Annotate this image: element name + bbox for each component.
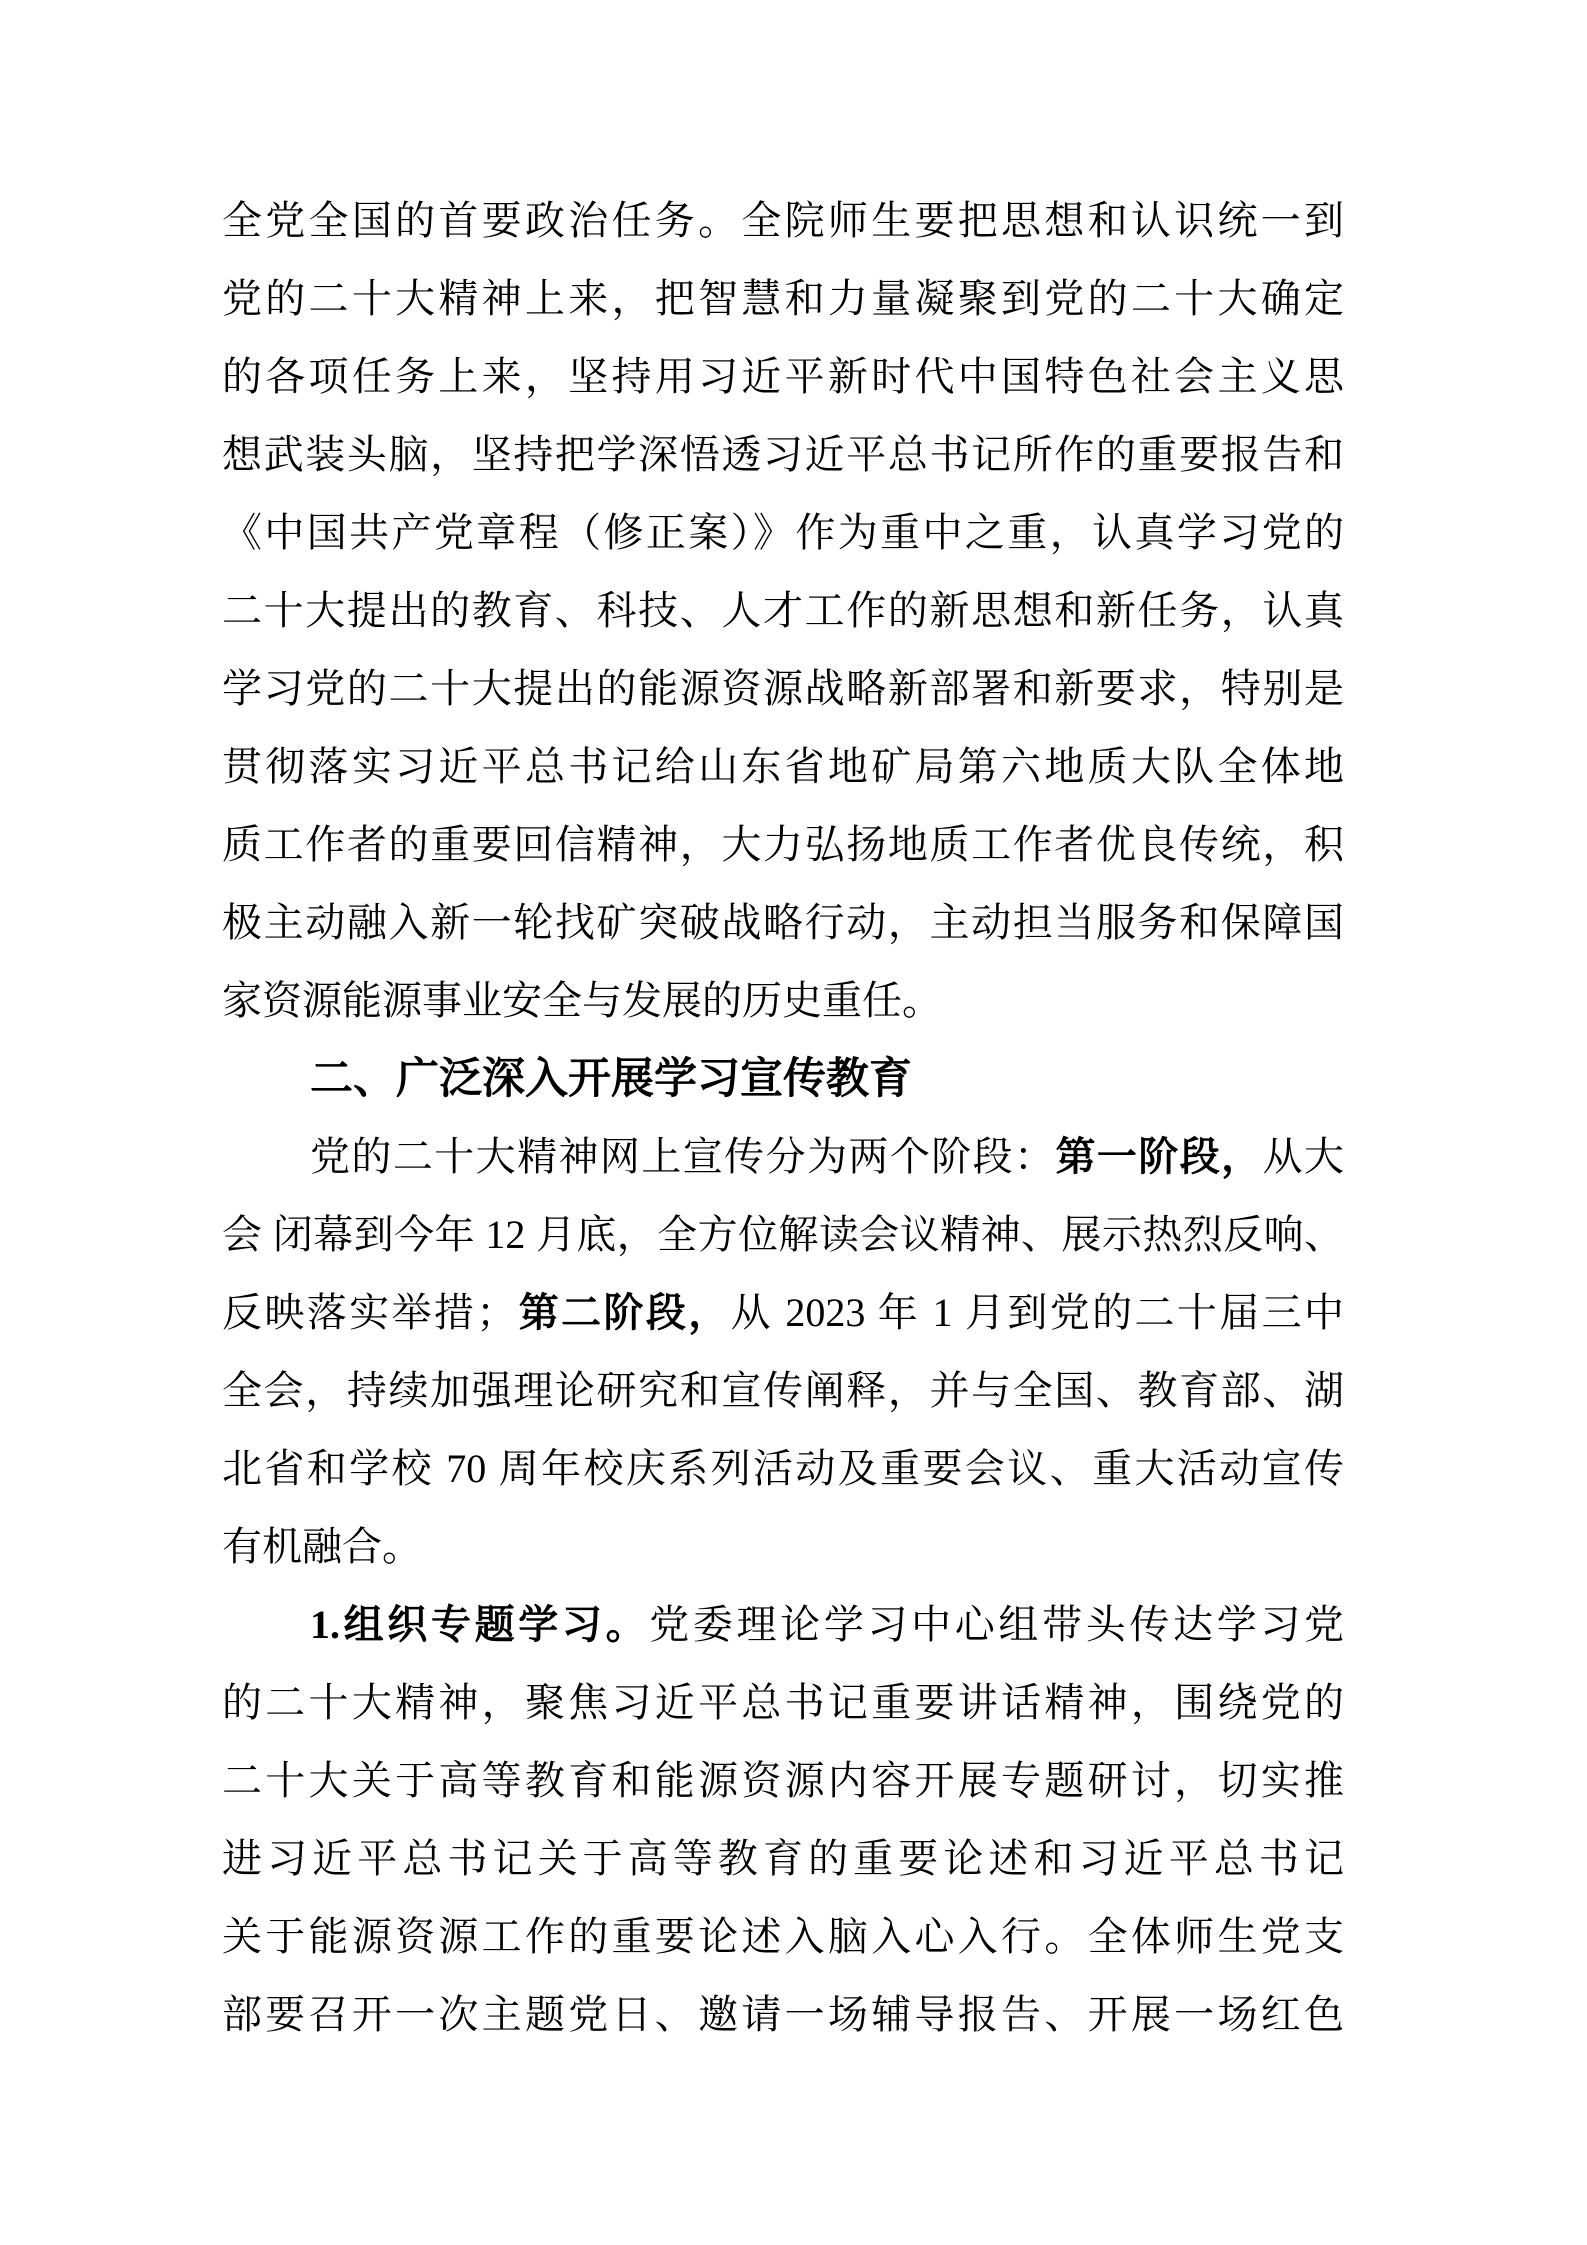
text-run: 关于能源资源工作的重要论述入脑入心入行。全体师生党支	[222, 1914, 1344, 1959]
text-line: 党的二十大精神网上宣传分为两个阶段：第一阶段，从大	[222, 1118, 1344, 1196]
text-run: 党的二十大精神网上宣传分为两个阶段：	[310, 1134, 1056, 1179]
text-run: 进习近平总书记关于高等教育的重要论述和习近平总书记	[222, 1836, 1344, 1881]
text-line: 学习党的二十大提出的能源资源战略新部署和新要求，特别是	[222, 650, 1344, 728]
text-run: 二十大提出的教育、科技、人才工作的新思想和新任务，认真	[222, 588, 1344, 633]
text-run: 极主动融入新一轮找矿突破战略行动，主动担当服务和保障国	[222, 900, 1344, 945]
text-line: 1.组织专题学习。党委理论学习中心组带头传达学习党	[222, 1586, 1344, 1664]
text-run: 反映落实举措；	[222, 1290, 516, 1335]
text-line: 的各项任务上来，坚持用习近平新时代中国特色社会主义思	[222, 338, 1344, 416]
bold-text-run: 1.组织专题学习。	[310, 1602, 649, 1647]
text-run: 质工作者的重要回信精神，大力弘扬地质工作者优良传统，积	[222, 822, 1344, 867]
text-run: 全党全国的首要政治任务。全院师生要把思想和认识统一到	[222, 198, 1344, 243]
text-run: 的各项任务上来，坚持用习近平新时代中国特色社会主义思	[222, 354, 1344, 399]
text-line: 全党全国的首要政治任务。全院师生要把思想和认识统一到	[222, 182, 1344, 260]
bold-text-run: 第一阶段，	[1056, 1134, 1263, 1179]
text-line: 进习近平总书记关于高等教育的重要论述和习近平总书记	[222, 1820, 1344, 1898]
document-page: 全党全国的首要政治任务。全院师生要把思想和认识统一到党的二十大精神上来，把智慧和…	[0, 0, 1587, 2245]
text-line: 想武装头脑，坚持把学深悟透习近平总书记所作的重要报告和	[222, 416, 1344, 494]
text-line: 北省和学校 70 周年校庆系列活动及重要会议、重大活动宣传	[222, 1430, 1344, 1508]
document-text-area: 全党全国的首要政治任务。全院师生要把思想和认识统一到党的二十大精神上来，把智慧和…	[222, 182, 1344, 2054]
text-line: 反映落实举措；第二阶段，从 2023 年 1 月到党的二十届三中	[222, 1274, 1344, 1352]
text-run: 会 闭幕到今年 12 月底，全方位解读会议精神、展示热烈反响、	[222, 1212, 1344, 1257]
text-run: 党的二十大精神上来，把智慧和力量凝聚到党的二十大确定	[222, 276, 1344, 321]
paragraph-item-1: 1.组织专题学习。党委理论学习中心组带头传达学习党的二十大精神，聚焦习近平总书记…	[222, 1586, 1344, 2054]
text-run: 学习党的二十大提出的能源资源战略新部署和新要求，特别是	[222, 666, 1344, 711]
text-run: 全会，持续加强理论研究和宣传阐释，并与全国、教育部、湖	[222, 1368, 1344, 1413]
text-line: 有机融合。	[222, 1508, 1344, 1586]
text-line: 贯彻落实习近平总书记给山东省地矿局第六地质大队全体地	[222, 728, 1344, 806]
text-run: 二十大关于高等教育和能源资源内容开展专题研讨，切实推	[222, 1758, 1344, 1803]
text-line: 《中国共产党章程（修正案）》作为重中之重，认真学习党的	[222, 494, 1344, 572]
text-line: 会 闭幕到今年 12 月底，全方位解读会议精神、展示热烈反响、	[222, 1196, 1344, 1274]
text-run: 《中国共产党章程（修正案）》作为重中之重，认真学习党的	[222, 510, 1344, 555]
text-line: 全会，持续加强理论研究和宣传阐释，并与全国、教育部、湖	[222, 1352, 1344, 1430]
text-run: 从 2023 年 1 月到党的二十届三中	[731, 1290, 1344, 1335]
text-run: 贯彻落实习近平总书记给山东省地矿局第六地质大队全体地	[222, 744, 1344, 789]
text-run: 北省和学校 70 周年校庆系列活动及重要会议、重大活动宣传	[222, 1446, 1344, 1491]
paragraph-continuation: 全党全国的首要政治任务。全院师生要把思想和认识统一到党的二十大精神上来，把智慧和…	[222, 182, 1344, 1040]
text-run: 有机融合。	[222, 1524, 422, 1569]
paragraph-two-stages: 党的二十大精神网上宣传分为两个阶段：第一阶段，从大会 闭幕到今年 12 月底，全…	[222, 1118, 1344, 1586]
text-line: 质工作者的重要回信精神，大力弘扬地质工作者优良传统，积	[222, 806, 1344, 884]
section-heading-text: 二、广泛深入开展学习宣传教育	[222, 1040, 1344, 1118]
text-run: 党委理论学习中心组带头传达学习党	[649, 1602, 1344, 1647]
text-line: 二十大提出的教育、科技、人才工作的新思想和新任务，认真	[222, 572, 1344, 650]
text-line: 家资源能源事业安全与发展的历史重任。	[222, 962, 1344, 1040]
section-heading-2: 二、广泛深入开展学习宣传教育	[222, 1040, 1344, 1118]
text-run: 从大	[1263, 1134, 1344, 1179]
text-line: 二十大关于高等教育和能源资源内容开展专题研讨，切实推	[222, 1742, 1344, 1820]
text-line: 极主动融入新一轮找矿突破战略行动，主动担当服务和保障国	[222, 884, 1344, 962]
text-line: 党的二十大精神上来，把智慧和力量凝聚到党的二十大确定	[222, 260, 1344, 338]
text-run: 部要召开一次主题党日、邀请一场辅导报告、开展一场红色	[222, 1992, 1344, 2037]
bold-text-run: 二、广泛深入开展学习宣传教育	[310, 1055, 912, 1103]
text-run: 家资源能源事业安全与发展的历史重任。	[222, 978, 942, 1023]
text-run: 的二十大精神，聚焦习近平总书记重要讲话精神，围绕党的	[222, 1680, 1344, 1725]
bold-text-run: 第二阶段，	[516, 1290, 730, 1335]
text-run: 想武装头脑，坚持把学深悟透习近平总书记所作的重要报告和	[222, 432, 1344, 477]
text-line: 关于能源资源工作的重要论述入脑入心入行。全体师生党支	[222, 1898, 1344, 1976]
text-line: 部要召开一次主题党日、邀请一场辅导报告、开展一场红色	[222, 1976, 1344, 2054]
text-line: 的二十大精神，聚焦习近平总书记重要讲话精神，围绕党的	[222, 1664, 1344, 1742]
